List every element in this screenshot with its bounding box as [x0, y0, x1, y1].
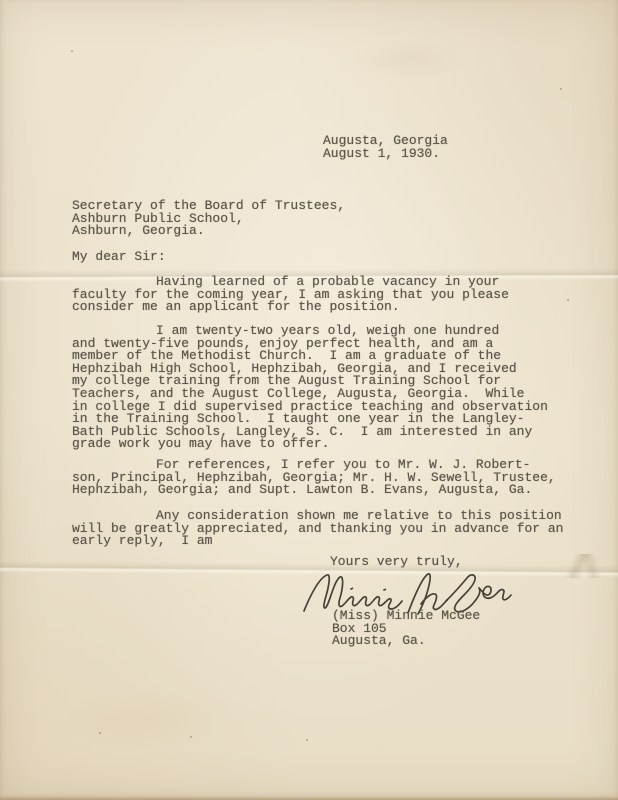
paper-stain — [355, 38, 465, 80]
paper-speck — [560, 88, 562, 90]
salutation: My dear Sir: — [72, 251, 166, 264]
paper-speck — [190, 736, 192, 738]
recipient-address: Secretary of the Board of Trustees, Ashb… — [72, 200, 345, 238]
paper-speck — [567, 299, 569, 301]
paper-stain — [60, 690, 220, 750]
paper-speck — [306, 739, 308, 741]
paper-wrinkle — [538, 554, 618, 578]
paper-bottom-edge — [0, 796, 618, 800]
paper-speck — [99, 732, 101, 734]
paragraph-2: I am twenty-two years old, weigh one hun… — [72, 325, 548, 451]
paragraph-3: For references, I refer you to Mr. W. J.… — [72, 459, 556, 497]
dateline: Augusta, Georgia August 1, 1930. — [323, 135, 448, 160]
paper-speck — [71, 50, 73, 52]
letter-page: Augusta, Georgia August 1, 1930. Secreta… — [0, 0, 618, 800]
paragraph-4: Any consideration shown me relative to t… — [72, 510, 563, 548]
sender-block: (Miss) Minnie McGee Box 105 Augusta, Ga. — [332, 610, 480, 648]
paragraph-1: Having learned of a probable vacancy in … — [72, 276, 509, 314]
